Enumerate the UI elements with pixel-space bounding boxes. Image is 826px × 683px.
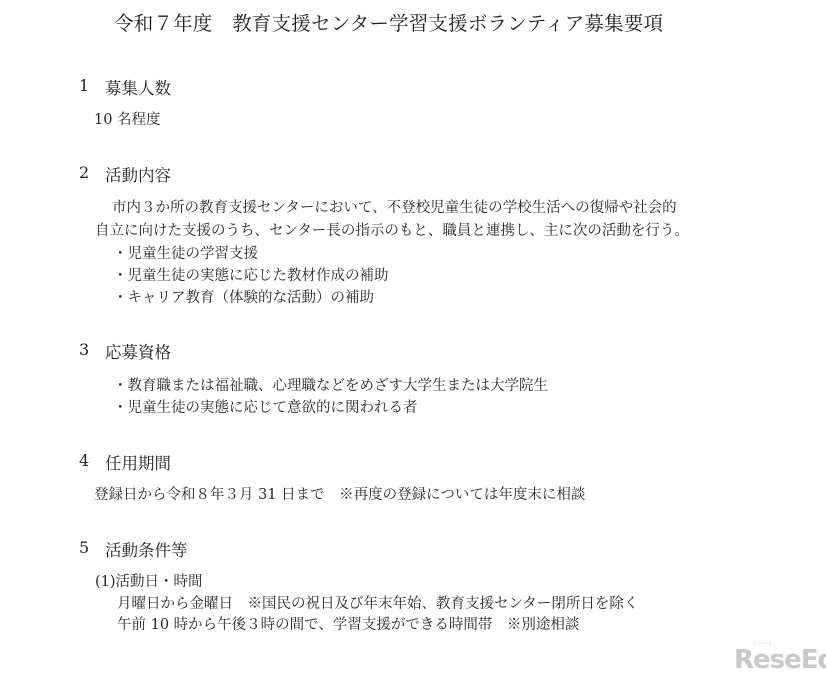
section-heading: 活動条件等: [105, 537, 188, 561]
section-heading: 任用期間: [105, 450, 171, 474]
bullet-item: ・教育職または福祉職、心理職などをめざす大学生または大学院生: [113, 374, 548, 395]
subsection-line: 月曜日から金曜日 ※国民の祝日及び年末年始、教育支援センター閉所日を除く: [117, 592, 638, 613]
section-number: 2: [79, 163, 89, 182]
section-number: 4: [79, 451, 89, 470]
bullet-item: ・キャリア教育（体験的な活動）の補助: [113, 286, 374, 307]
paragraph-line: 市内３か所の教育支援センターにおいて、不登校児童生徒の学校生活への復帰や社会的: [112, 196, 677, 217]
watermark-logo: ReseEd: [734, 645, 826, 675]
section-number: 1: [79, 76, 89, 95]
section-heading: 応募資格: [105, 339, 171, 363]
section-body-line: 登録日から令和８年３月 31 日まで ※再度の登録については年度末に相談: [94, 483, 585, 504]
section-body-line: 10 名程度: [94, 108, 161, 129]
bullet-item: ・児童生徒の学習支援: [113, 242, 258, 263]
subsection-label: (1)活動日・時間: [95, 570, 203, 591]
section-heading: 活動内容: [105, 162, 171, 186]
section-number: 5: [79, 538, 89, 557]
paragraph-line: 自立に向けた支援のうち、センター長の指示のもと、職員と連携し、主に次の活動を行う…: [95, 219, 689, 240]
bullet-item: ・児童生徒の実態に応じた教材作成の補助: [113, 264, 389, 285]
subsection-line: 午前 10 時から午後３時の間で、学習支援ができる時間帯 ※別途相談: [117, 613, 579, 634]
section-number: 3: [79, 340, 89, 359]
document-title: 令和７年度 教育支援センター学習支援ボランティア募集要項: [114, 8, 663, 36]
section-heading: 募集人数: [105, 75, 171, 99]
bullet-item: ・児童生徒の実態に応じて意欲的に関われる者: [113, 396, 418, 417]
